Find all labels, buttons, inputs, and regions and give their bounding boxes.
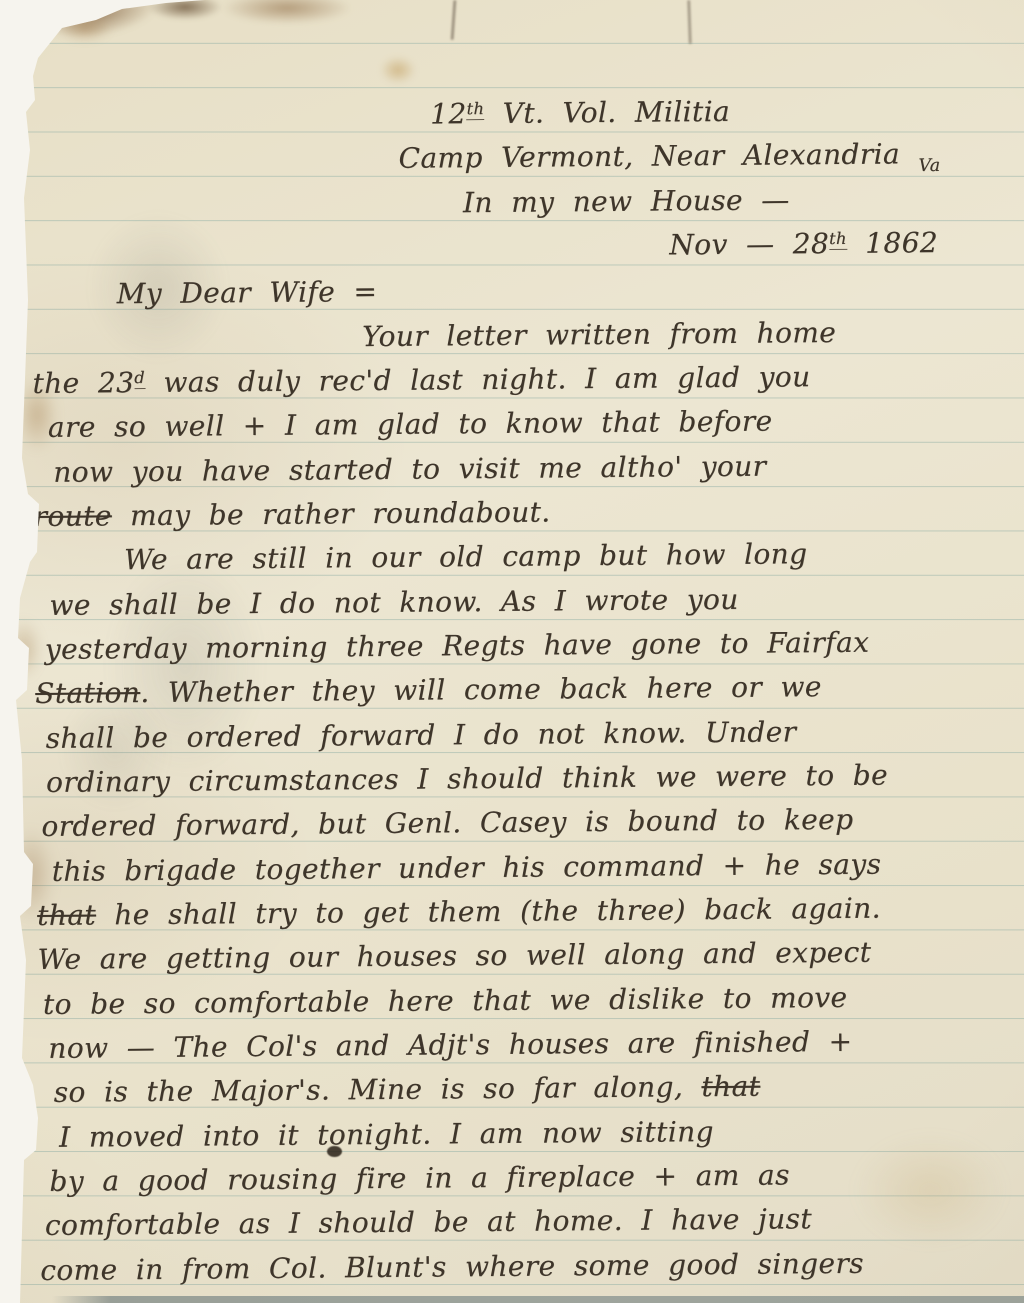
handwritten-text: we shall be I do not know. As I wrote yo… — [49, 582, 738, 621]
handwritten-text: comfortable as I should be at home. I ha… — [45, 1202, 812, 1242]
letter-scan: 12th Vt. Vol. MilitiaCamp Vermont, Near … — [0, 0, 1024, 1303]
handwritten-text: may be rather roundabout. — [112, 495, 551, 532]
handwritten-text: that — [701, 1070, 760, 1104]
handwritten-text: th — [466, 99, 484, 120]
handwritten-text: come in from Col. Blunt's where some goo… — [40, 1246, 864, 1286]
handwritten-text: We are getting our houses so well along … — [37, 936, 871, 976]
stain — [380, 56, 416, 84]
letter-body: 12th Vt. Vol. MilitiaCamp Vermont, Near … — [30, 87, 1024, 1292]
handwritten-text: . Whether they will come back here or we — [140, 670, 822, 709]
handwritten-text: was duly rec'd last night. I am glad you — [145, 360, 811, 399]
handwritten-text: Station — [35, 676, 140, 710]
handwritten-line: Nov — 28th 1862 — [669, 220, 1019, 267]
handwritten-text: ordinary circumstances I should think we… — [46, 758, 888, 798]
handwritten-line: ordinary circumstances I should think we… — [46, 752, 1024, 805]
handwritten-line: that he shall try to get them (the three… — [37, 885, 1024, 938]
handwritten-line: Your letter written from home — [362, 309, 1020, 359]
stain — [58, 14, 112, 42]
handwritten-text: I moved into it tonight. I am now sittin… — [59, 1115, 714, 1154]
handwritten-text: We are still in our old camp but how lon… — [124, 538, 808, 577]
handwritten-text: d — [134, 368, 145, 389]
handwritten-line: 12th Vt. Vol. Militia — [430, 87, 1018, 136]
handwritten-text: My Dear Wife = — [117, 275, 378, 310]
handwritten-text: yesterday morning three Regts have gone … — [45, 626, 870, 666]
handwritten-text: by a good rousing fire in a fireplace + … — [49, 1158, 790, 1197]
handwritten-line: Camp Vermont, Near Alexandria Va — [398, 132, 1018, 182]
handwritten-text: 12 — [430, 97, 467, 130]
handwritten-text: now you have started to visit me altho' … — [53, 449, 766, 488]
handwritten-text: to be so comfortable here that we dislik… — [43, 980, 848, 1020]
letter-page: 12th Vt. Vol. MilitiaCamp Vermont, Near … — [0, 0, 1024, 1303]
handwritten-text: Va — [918, 156, 940, 176]
handwritten-line: come in from Col. Blunt's where some goo… — [40, 1240, 1024, 1293]
handwritten-line: In my new House — — [463, 176, 1019, 225]
handwritten-line: We are still in our old camp but how lon… — [124, 531, 1022, 583]
handwritten-text: th — [829, 229, 847, 250]
handwritten-text: so is the Major's. Mine is so far along, — [54, 1070, 702, 1109]
handwritten-text: 1862 — [847, 226, 938, 260]
handwritten-text: In my new House — — [463, 183, 790, 219]
handwritten-text: Vt. Vol. Militia — [484, 95, 730, 130]
scan-edge-shadow — [52, 1296, 1024, 1303]
handwritten-text: Your letter written from home — [362, 316, 836, 353]
handwritten-text: he shall try to get them (the three) bac… — [96, 892, 881, 932]
handwritten-text: this brigade together under his command … — [52, 847, 882, 887]
handwritten-text: the 23 — [32, 366, 134, 400]
handwritten-text: Camp Vermont, Near Alexandria — [398, 138, 918, 176]
handwritten-text: route — [34, 499, 112, 533]
handwritten-text: that — [37, 898, 96, 932]
handwritten-text: shall be ordered forward I do not know. … — [45, 715, 796, 755]
handwritten-line: My Dear Wife = — [117, 265, 1020, 317]
handwritten-text: Nov — 28 — [669, 227, 829, 261]
handwritten-text: ordered forward, but Genl. Casey is boun… — [41, 803, 853, 843]
handwritten-text: now — The Col's and Adjt's houses are fi… — [48, 1025, 852, 1065]
handwritten-text: are so well + I am glad to know that bef… — [48, 405, 773, 444]
